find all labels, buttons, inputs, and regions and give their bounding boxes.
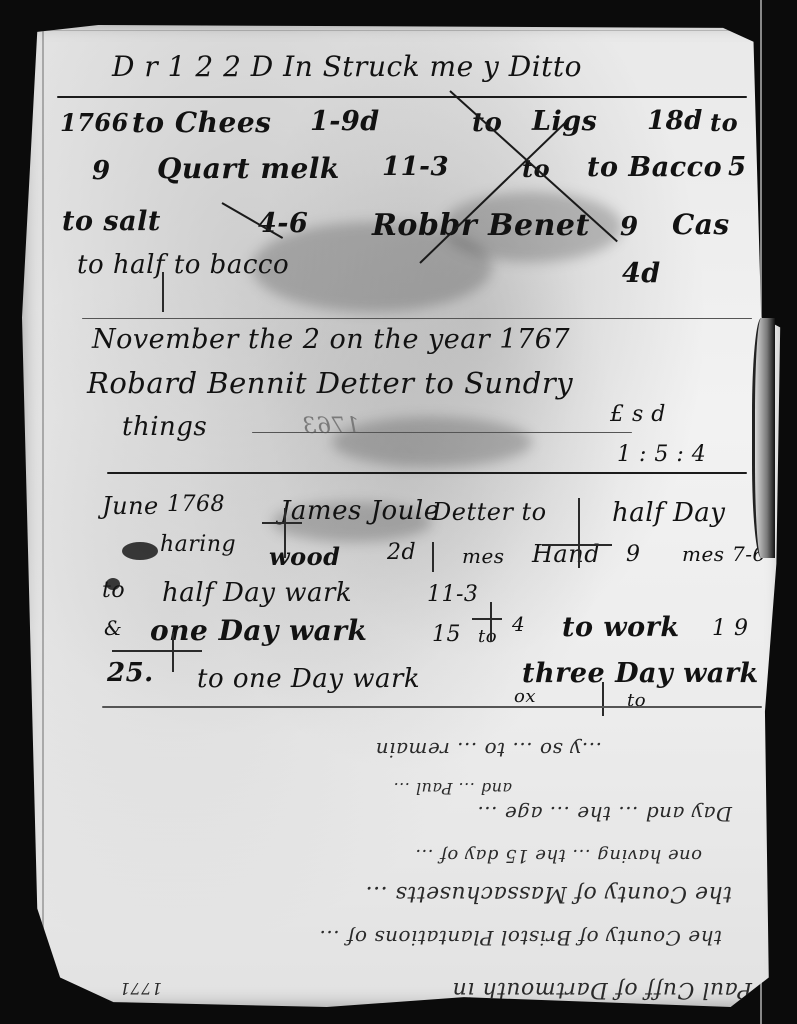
s3-amount-6: 4	[512, 612, 525, 636]
s3-amount-2: 9	[626, 542, 641, 567]
s2-total: 1 : 5 : 4	[617, 442, 706, 467]
page-curl-edge	[752, 318, 775, 558]
s1-salt: to salt	[62, 206, 161, 237]
s3-month: June	[102, 492, 159, 520]
s3-three-day-wark: three Day wark	[522, 658, 759, 689]
s3-half-day: half Day	[612, 498, 725, 528]
s3-day-25: 25.	[107, 658, 154, 688]
section-rule	[102, 706, 762, 708]
s1-amount-2: 18d	[647, 106, 703, 136]
s3-year: 1768	[167, 492, 225, 517]
s3-half-day-wark: half Day wark	[162, 578, 352, 608]
tick-mark	[284, 508, 286, 558]
upside-down-text-block: Paul Cuff of Dartmouth in 1771 the Count…	[82, 712, 762, 1012]
s1-year: 1766	[60, 108, 129, 137]
ink-stain	[332, 417, 532, 467]
s3-ox: ox	[514, 686, 536, 707]
s3-to-work: to work	[562, 612, 680, 643]
s1-amount-7: 4d	[622, 258, 661, 289]
s3-mes: mes	[462, 544, 505, 568]
upside-line-7: ...y so ... to ... remain	[375, 738, 602, 762]
s1-amount-6: 9	[620, 212, 639, 242]
s1-to-end: to	[710, 108, 738, 137]
s3-to: to	[102, 578, 125, 603]
s1-amount-1: 1-9d	[310, 106, 380, 137]
s1-name: Robbr Benet	[372, 208, 590, 243]
s3-haring: haring	[160, 532, 236, 557]
upside-line-5: Day and ... the ... age ...	[477, 802, 732, 826]
s2-date-line: November the 2 on the year 1767	[92, 324, 570, 355]
s3-amount-1: 2d	[387, 540, 416, 565]
s1-amount-3: 11-3	[382, 152, 449, 182]
s2-underline	[252, 432, 632, 433]
s3-wood: wood	[269, 542, 340, 571]
s1-cas: Cas	[672, 208, 730, 241]
tick-mark	[472, 618, 502, 620]
upside-line-1: Paul Cuff of Dartmouth in	[452, 977, 752, 1002]
section-rule	[82, 318, 752, 319]
s3-one-day-wark-2: to one Day wark	[197, 664, 420, 694]
s1-half-tobacco: to half to bacco	[77, 250, 289, 280]
s2-currency-header: £ s d	[610, 402, 666, 427]
tick-mark	[262, 522, 302, 524]
s3-name: James Joule	[280, 496, 440, 526]
tick-mark	[578, 498, 580, 568]
upside-line-4: one having ... the 15 day of ...	[415, 845, 702, 866]
s1-quart-melk: Quart melk	[157, 152, 340, 185]
tick-mark	[542, 544, 612, 546]
upside-margin-number: 1771	[119, 979, 162, 998]
s3-status: Detter to	[432, 498, 547, 526]
scanned-document: D r 1 2 2 D In Struck me y Ditto 1766 to…	[0, 0, 797, 1024]
s1-day: 9	[92, 156, 111, 186]
s1-amount-5: 4-6	[258, 208, 308, 239]
tick-mark	[432, 542, 434, 572]
s1-tobacco: to Bacco	[587, 152, 722, 183]
s3-ampersand: &	[104, 616, 122, 640]
s1-item-chees: to Chees	[132, 106, 271, 139]
upside-line-2: the County of Bristol Plantations of ...	[319, 926, 722, 950]
s2-bleed-through: 1763	[302, 414, 360, 439]
s3-amount-4: 11-3	[427, 582, 478, 607]
ledger-page: D r 1 2 2 D In Struck me y Ditto 1766 to…	[22, 22, 784, 1007]
s3-one-day-wark: one Day wark	[150, 614, 367, 647]
s2-things: things	[122, 412, 207, 442]
s3-amount-7: 1	[712, 616, 727, 641]
header-rule	[57, 96, 747, 98]
s3-amount-8: 9	[734, 616, 749, 641]
upside-line-6: and ... Paul ...	[393, 779, 512, 798]
upside-line-3: the County of Massachusetts ...	[365, 881, 732, 906]
tick-mark	[172, 632, 174, 672]
header-line: D r 1 2 2 D In Struck me y Ditto	[112, 50, 582, 83]
s3-to-3: to	[627, 690, 646, 711]
tick-mark	[490, 602, 492, 642]
s3-mes-2: mes	[682, 542, 725, 566]
s1-amount-4: 5	[728, 152, 747, 182]
s2-debtor-line: Robard Bennit Detter to Sundry	[87, 366, 573, 400]
section-rule	[107, 472, 747, 474]
tick-mark	[162, 272, 164, 312]
ink-blot	[122, 542, 158, 560]
s3-to-2: to	[478, 626, 497, 647]
tick-mark	[602, 682, 604, 716]
tick-mark	[112, 650, 202, 652]
s3-amount-5: 15	[432, 622, 461, 647]
